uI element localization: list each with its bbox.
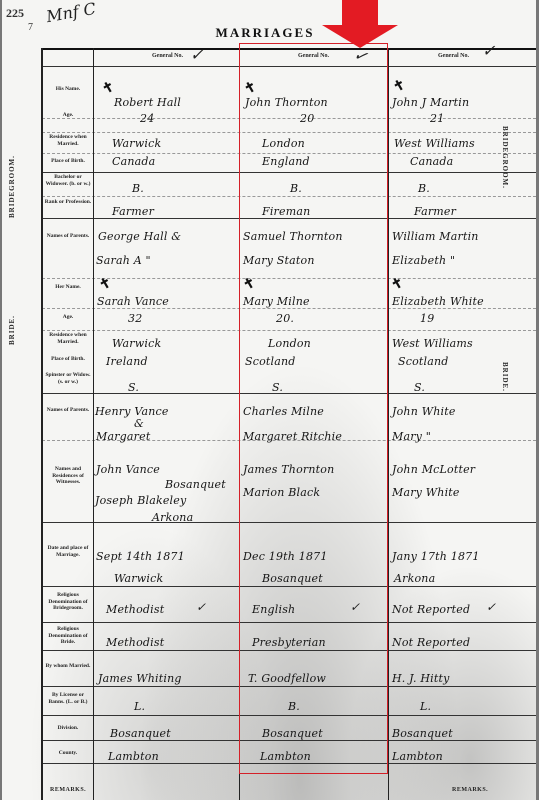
groom-mother: Elizabeth " [392,254,455,267]
groom-status: B. [418,182,430,195]
label-witnesses: Names and Residences of Witnesses. [44,466,92,486]
label-his-name: His Name. [44,86,92,93]
label-license: By License or Banns. (L. or B.) [44,692,92,705]
column-rule [93,48,94,800]
remarks-label: REMARKS. [50,787,86,793]
page-mark: 7 [28,22,33,33]
division: Bosanquet [392,727,453,740]
label-date-place: Date and place of Marriage. [44,545,92,558]
section-label-bride: BRIDE. [8,275,16,345]
red-arrow-icon [342,0,378,26]
label-division: Division. [44,725,92,732]
section-label-bride-right: BRIDE. [501,362,509,392]
red-arrow-head-icon [322,25,398,48]
marriage-date: Sept 14th 1871 [96,550,185,563]
groom-religion: Not Reported [392,603,470,616]
cross-mark-icon: ✝ [391,76,410,97]
groom-profession: Farmer [414,205,456,218]
check-mark-icon: ✓ [190,45,203,64]
bride-religion: Methodist [106,636,164,649]
bride-status: S. [128,381,139,394]
county: Lambton [392,750,443,763]
bride-age: 32 [128,312,142,325]
officiant: James Whiting [98,672,182,685]
check-mark-icon: ✓ [486,600,496,614]
groom-birthplace: Canada [410,155,453,168]
bride-birthplace: Ireland [106,355,148,368]
label-bachelor: Bachelor or Widower. (b. or w.) [44,174,92,187]
bride-status: S. [414,381,425,394]
marriage-date: Jany 17th 1871 [392,550,480,563]
groom-age: 21 [430,112,444,125]
groom-age: 24 [140,112,154,125]
groom-name: John J Martin [392,96,469,109]
page-number: 225 [6,6,24,21]
bride-father: Henry Vance [95,405,169,418]
license-or-banns: L. [420,700,431,713]
marriage-register-page: 225 7 Mnf C MARRIAGES BRIDEGROOM. BRIDE.… [0,0,539,800]
marriage-place: Arkona [394,572,435,585]
witness-2-name: Mary White [392,486,460,499]
groom-name: Robert Hall [114,96,181,109]
check-mark-icon: ✓ [196,600,206,614]
groom-father: William Martin [392,230,479,243]
check-mark-icon: ✓ [482,41,495,60]
label-groom-religion: Religious Denomination of Bridegroom. [44,592,92,612]
witness-1-name: John McLotter [392,463,475,476]
general-no-label: General No. [438,53,469,59]
remarks-label: REMARKS. [452,787,488,793]
label-groom-residence: Residence when Married. [44,134,92,147]
bride-religion: Not Reported [392,636,470,649]
bride-age: 19 [420,312,434,325]
section-label-bridegroom-right: BRIDEGROOM. [501,126,509,189]
highlight-box [239,43,388,774]
bride-name: Elizabeth White [392,295,484,308]
groom-status: B. [132,182,144,195]
column-rule [41,48,43,800]
bride-and: & [134,417,144,430]
witness-2-name: Joseph Blakeley [95,494,186,507]
bride-mother: Mary " [392,430,431,443]
marriage-place: Warwick [114,572,163,585]
label-officiant: By whom Married. [44,663,92,670]
label-groom-parents: Names of Parents. [44,233,92,240]
column-rule [388,48,389,800]
corner-annotation: Mnf C [45,0,97,26]
groom-father: George Hall & [98,230,181,243]
label-her-name: Her Name. [44,284,92,291]
officiant: H. J. Hitty [392,672,450,685]
witness-2-residence: Arkona [152,511,193,524]
bride-father: John White [392,405,456,418]
section-label-bridegroom: BRIDEGROOM. [8,148,16,218]
division: Bosanquet [110,727,171,740]
label-bride-parents: Names of Parents. [44,407,92,414]
county: Lambton [108,750,159,763]
license-or-banns: L. [134,700,145,713]
label-groom-birth: Place of Birth. [44,158,92,165]
groom-mother: Sarah A " [96,254,151,267]
label-county: County. [44,750,92,757]
label-age: Age. [44,112,92,119]
groom-profession: Farmer [112,205,154,218]
groom-residence: Warwick [112,137,161,150]
groom-residence: West Williams [394,137,475,150]
label-rank: Rank or Profession. [44,199,92,206]
groom-religion: Methodist [106,603,164,616]
page-border-left [0,0,2,800]
label-bride-birth: Place of Birth. [44,356,92,363]
label-bride-religion: Religious Denomination of Bride. [44,626,92,646]
witness-1-residence: Bosanquet [165,478,226,491]
label-spinster: Spinster or Widow. (s. or w.) [44,372,92,385]
label-bride-residence: Residence when Married. [44,332,92,345]
bride-mother: Margaret [96,430,150,443]
bride-residence: Warwick [112,337,161,350]
general-no-label: General No. [152,53,183,59]
groom-birthplace: Canada [112,155,155,168]
bride-name: Sarah Vance [97,295,169,308]
bride-residence: West Williams [392,337,473,350]
witness-1-name: John Vance [96,463,160,476]
label-bride-age: Age. [44,314,92,321]
bride-birthplace: Scotland [398,355,449,368]
